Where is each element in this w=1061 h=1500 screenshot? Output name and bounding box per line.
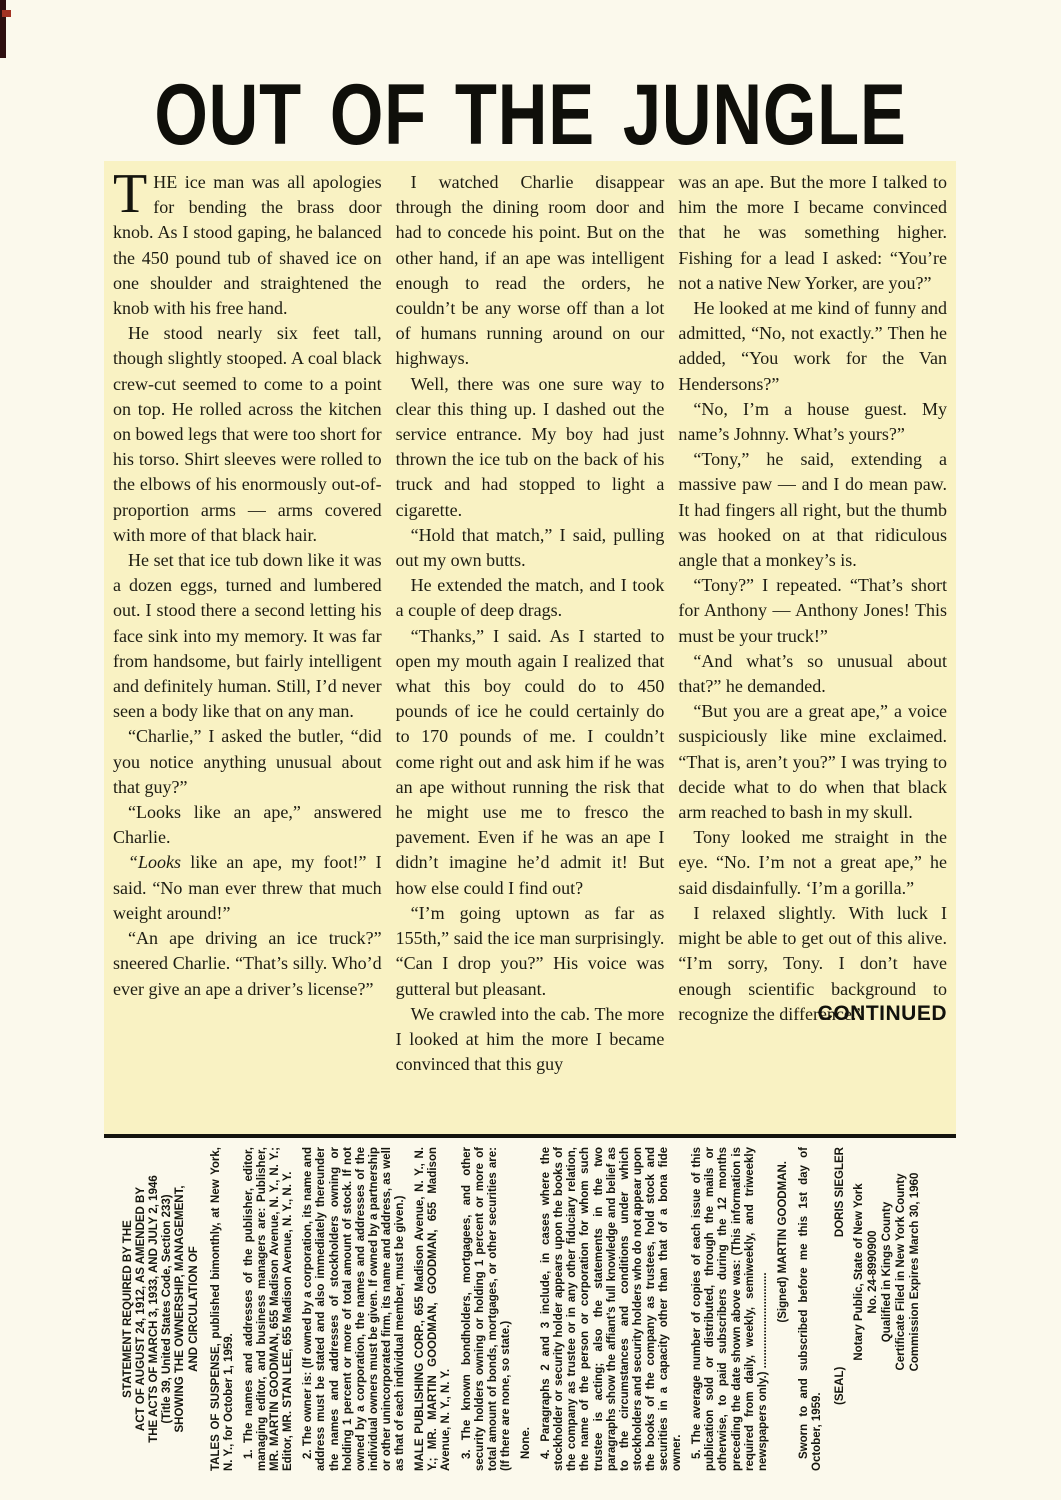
story-paragraph: was an ape. But the more I talked to him… (678, 170, 947, 296)
story-paragraph: We crawled into the cab. The more I look… (396, 1002, 665, 1078)
story-paragraph: “But you are a great ape,” a voice suspi… (678, 699, 947, 825)
italic-word: “Looks (128, 852, 181, 872)
statement-paragraph: None. (520, 1147, 533, 1471)
statement-seal: (SEAL) (834, 1367, 847, 1405)
story-paragraph: Tony looked me straight in the eye. “No.… (678, 825, 947, 901)
drop-cap: T (113, 170, 153, 216)
statement-seal-row: (SEAL) DORIS SIEGLER (834, 1147, 847, 1471)
notary-line: Notary Public, State of New York (853, 1147, 867, 1397)
statement-paragraph: 2. The owner is: (If owned by a corporat… (302, 1147, 407, 1471)
statement-signed: (Signed) MARTIN GOODMAN. (777, 1147, 790, 1471)
continued-label: CONTINUED (803, 1001, 947, 1026)
story-paragraph: “Tony?” I repeated. “That’s short for An… (678, 573, 947, 649)
story-paragraph: I relaxed slightly. With luck I might be… (678, 901, 947, 1027)
story-paragraph: I watched Charlie disappear through the … (396, 170, 665, 372)
story-paragraph: “Hold that match,” I said, pulling out m… (396, 523, 665, 573)
statement-heading-line: (Title 39, United States Code, Section 2… (161, 1147, 174, 1471)
story-paragraph: “Tony,” he said, extending a massive paw… (678, 447, 947, 573)
statement-paragraph: 3. The known bondholders, mortgagees, an… (461, 1147, 513, 1471)
statement-paragraph: MALE PUBLISHING CORP., 655 Madison Avenu… (414, 1147, 453, 1471)
story-column-3: was an ape. But the more I talked to him… (678, 170, 947, 1134)
notary-line: Commission Expires March 30, 1960 (909, 1147, 923, 1397)
statement-paragraph: 4. Paragraphs 2 and 3 include, in cases … (540, 1147, 684, 1471)
statement-sworn: Sworn to and subscribed before me this 1… (798, 1147, 824, 1471)
notary-name: DORIS SIEGLER (834, 1147, 847, 1237)
notary-line: Qualified in Kings County (881, 1147, 895, 1397)
story-column-1: THE ice man was all apologies for bendin… (113, 170, 382, 1134)
statement-heading-line: AND CIRCULATION OF (188, 1147, 201, 1471)
scan-artifact-strip (0, 0, 6, 58)
story-paragraph: “And what’s so unusual about that?” he d… (678, 649, 947, 699)
story-paragraph: “An ape driving an ice truck?” sneered C… (113, 926, 382, 1002)
page-title: OUT OF THE JUNGLE (106, 72, 955, 158)
scan-artifact-mark (2, 10, 11, 17)
statement-heading-line: THE ACTS OF MARCH 3, 1933, AND JULY 2, 1… (148, 1147, 161, 1471)
statement-heading-line: ACT OF AUGUST 24, 1912, AS AMENDED BY (135, 1147, 148, 1471)
story-paragraph: “I’m going uptown as far as 155th,” said… (396, 901, 665, 1002)
statement-heading-line: SHOWING THE OWNERSHIP, MANAGEMENT, (174, 1147, 187, 1471)
story-paragraph: He set that ice tub down like it was a d… (113, 548, 382, 724)
story-text: HE ice man was all apologies for bending… (113, 172, 382, 318)
statement-paragraph: TALES OF SUSPENSE, published bimonthly, … (210, 1147, 236, 1471)
story-panel: THE ice man was all apologies for bendin… (104, 161, 956, 1138)
story-column-2: I watched Charlie disappear through the … (396, 170, 665, 1134)
statement-heading-line: STATEMENT REQUIRED BY THE (122, 1147, 135, 1471)
story-paragraph: “No, I’m a house guest. My name’s Johnny… (678, 397, 947, 447)
story-paragraph: He stood nearly six feet tall, though sl… (113, 321, 382, 548)
story-paragraph: He looked at me kind of funny and admitt… (678, 296, 947, 397)
story-paragraph: THE ice man was all apologies for bendin… (113, 170, 382, 321)
magazine-page: { "title": "OUT OF THE JUNGLE", "continu… (0, 0, 1061, 1500)
story-paragraph: “Looks like an ape,” answered Charlie. (113, 800, 382, 850)
ownership-statement: STATEMENT REQUIRED BY THE ACT OF AUGUST … (108, 1137, 948, 1497)
statement-paragraph: 1. The names and addresses of the publis… (243, 1147, 295, 1471)
statement-paragraph: 5. The average number of copies of each … (691, 1147, 770, 1471)
story-paragraph: Well, there was one sure way to clear th… (396, 372, 665, 523)
story-paragraph: “Charlie,” I asked the butler, “did you … (113, 724, 382, 800)
story-paragraph: “Thanks,” I said. As I started to open m… (396, 624, 665, 901)
story-paragraph: He extended the match, and I took a coup… (396, 573, 665, 623)
story-paragraph: “Looks like an ape, my foot!” I said. “N… (113, 850, 382, 926)
notary-line: No. 24-8990900 (867, 1147, 881, 1397)
notary-details: Notary Public, State of New York No. 24-… (853, 1147, 922, 1471)
statement-heading: STATEMENT REQUIRED BY THE ACT OF AUGUST … (122, 1147, 201, 1471)
notary-line: Certificate Filed in New York County (895, 1147, 909, 1397)
